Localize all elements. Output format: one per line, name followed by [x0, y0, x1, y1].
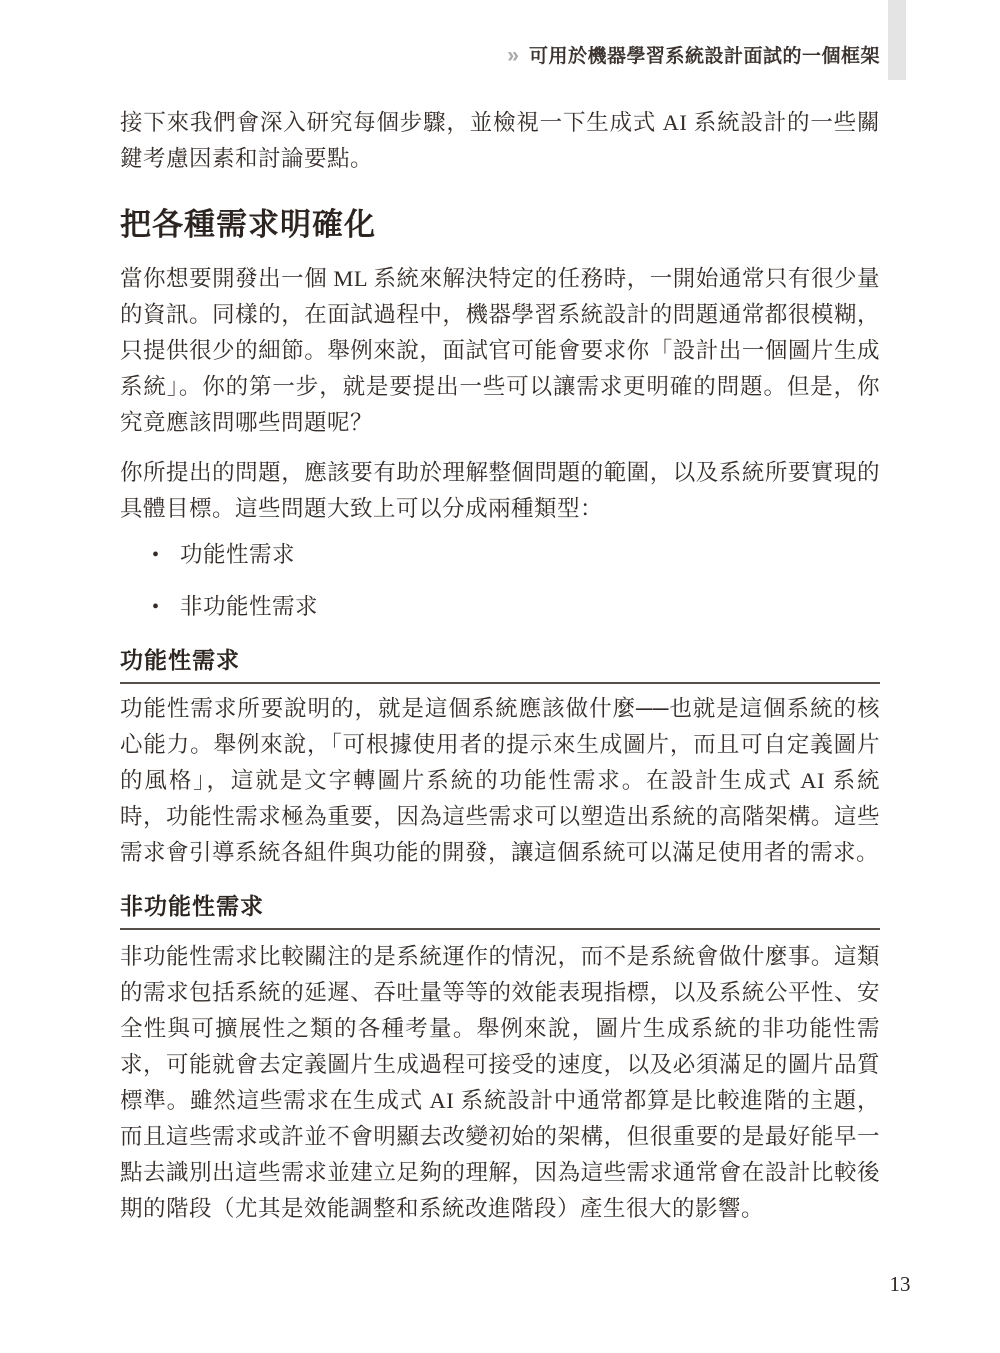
page-number: 13	[880, 1272, 920, 1297]
running-header: »可用於機器學習系統設計面試的一個框架	[120, 41, 880, 68]
bullet-icon: •	[152, 592, 180, 622]
section-title: 把各種需求明確化	[120, 203, 880, 247]
list-item: • 非功能性需求	[152, 592, 872, 622]
subsection-heading-functional: 功能性需求	[120, 645, 880, 684]
book-page: »可用於機器學習系統設計面試的一個框架 接下來我們會深入研究每個步驟，並檢視一下…	[0, 0, 1000, 1353]
running-header-title: 可用於機器學習系統設計面試的一個框架	[529, 46, 880, 67]
functional-paragraph: 功能性需求所要說明的，就是這個系統應該做什麼──也就是這個系統的核心能力。舉例來…	[120, 691, 880, 871]
bullet-icon: •	[152, 540, 180, 570]
questions-paragraph: 你所提出的問題，應該要有助於理解整個問題的範圍，以及系統所要實現的具體目標。這些…	[120, 455, 880, 527]
subsection-heading-non-functional: 非功能性需求	[120, 891, 880, 930]
non-functional-paragraph: 非功能性需求比較關注的是系統運作的情況，而不是系統會做什麼事。這類的需求包括系統…	[120, 939, 880, 1227]
list-item: • 功能性需求	[152, 540, 872, 570]
list-item-label: 功能性需求	[180, 540, 295, 570]
list-item-label: 非功能性需求	[180, 592, 318, 622]
opening-paragraph: 當你想要開發出一個 ML 系統來解決特定的任務時，一開始通常只有很少量的資訊。同…	[120, 261, 880, 441]
double-chevron-icon: »	[507, 44, 520, 67]
intro-paragraph: 接下來我們會深入研究每個步驟，並檢視一下生成式 AI 系統設計的一些關鍵考慮因素…	[120, 105, 880, 177]
header-accent-bar	[888, 0, 906, 80]
